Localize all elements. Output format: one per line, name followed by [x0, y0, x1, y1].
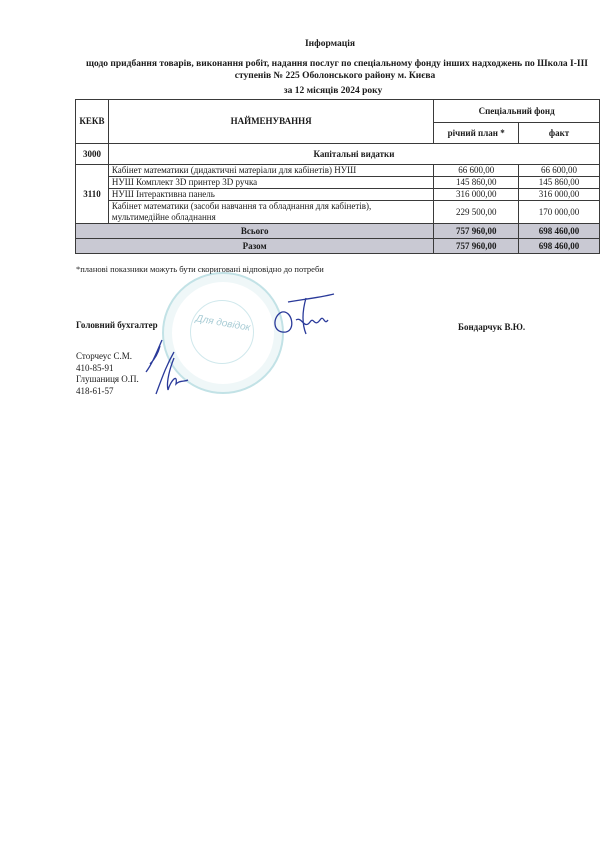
document-title: Інформація [30, 39, 600, 49]
document-subtitle-line1: щодо придбання товарів, виконання робіт,… [86, 59, 600, 69]
grand-total-row: Разом 757 960,00 698 460,00 [76, 239, 600, 254]
grand-total-plan: 757 960,00 [434, 239, 519, 254]
row-plan: 145 860,00 [434, 177, 519, 189]
row-name: НУШ Інтерактивна панель [108, 189, 433, 201]
contact-name: Сторчеус С.М. [76, 351, 139, 363]
section-code: 3000 [76, 144, 109, 165]
row-fact: 316 000,00 [519, 189, 600, 201]
signatory-position: Головний бухгалтер [76, 320, 158, 330]
header-special-fund: Спеціальний фонд [434, 100, 600, 123]
header-annual-plan: річний план * [434, 123, 519, 144]
table-row: НУШ Комплект 3D принтер 3D ручка 145 860… [76, 177, 600, 189]
table-row: 3110 Кабінет математики (дидактичні мате… [76, 165, 600, 177]
group-code: 3110 [76, 165, 109, 224]
total-fact: 698 460,00 [519, 224, 600, 239]
table-row: НУШ Інтерактивна панель 316 000,00 316 0… [76, 189, 600, 201]
contact-name: Глушаниця О.П. [76, 374, 139, 386]
grand-total-label: Разом [76, 239, 434, 254]
header-name: НАЙМЕНУВАННЯ [108, 100, 433, 144]
contacts-block: Сторчеус С.М. 410-85-91 Глушаниця О.П. 4… [76, 351, 139, 397]
row-plan: 229 500,00 [434, 201, 519, 224]
expenditure-table: КЕКВ НАЙМЕНУВАННЯ Спеціальний фонд річни… [75, 99, 600, 254]
footnote: *планові показники можуть бути скоригова… [76, 264, 324, 274]
row-fact: 170 000,00 [519, 201, 600, 224]
header-kekv: КЕКВ [76, 100, 109, 144]
total-label: Всього [76, 224, 434, 239]
contact-phone: 410-85-91 [76, 363, 139, 375]
signatory-name: Бондарчук В.Ю. [458, 322, 525, 332]
total-row: Всього 757 960,00 698 460,00 [76, 224, 600, 239]
section-title: Капітальні видатки [108, 144, 599, 165]
contact-phone: 418-61-57 [76, 386, 139, 398]
total-plan: 757 960,00 [434, 224, 519, 239]
executor-signature-icon [140, 338, 192, 400]
report-period: за 12 місяців 2024 року [33, 86, 600, 96]
row-plan: 316 000,00 [434, 189, 519, 201]
row-fact: 145 860,00 [519, 177, 600, 189]
grand-total-fact: 698 460,00 [519, 239, 600, 254]
header-fact: факт [519, 123, 600, 144]
row-fact: 66 600,00 [519, 165, 600, 177]
document-subtitle-line2: ступенів № 225 Оболонського району м. Ки… [35, 71, 600, 81]
chief-accountant-signature-icon [268, 290, 340, 340]
row-name: Кабінет математики (дидактичні матеріали… [108, 165, 433, 177]
row-plan: 66 600,00 [434, 165, 519, 177]
row-name: Кабінет математики (засоби навчання та о… [108, 201, 433, 224]
row-name: НУШ Комплект 3D принтер 3D ручка [108, 177, 433, 189]
table-row: Кабінет математики (засоби навчання та о… [76, 201, 600, 224]
